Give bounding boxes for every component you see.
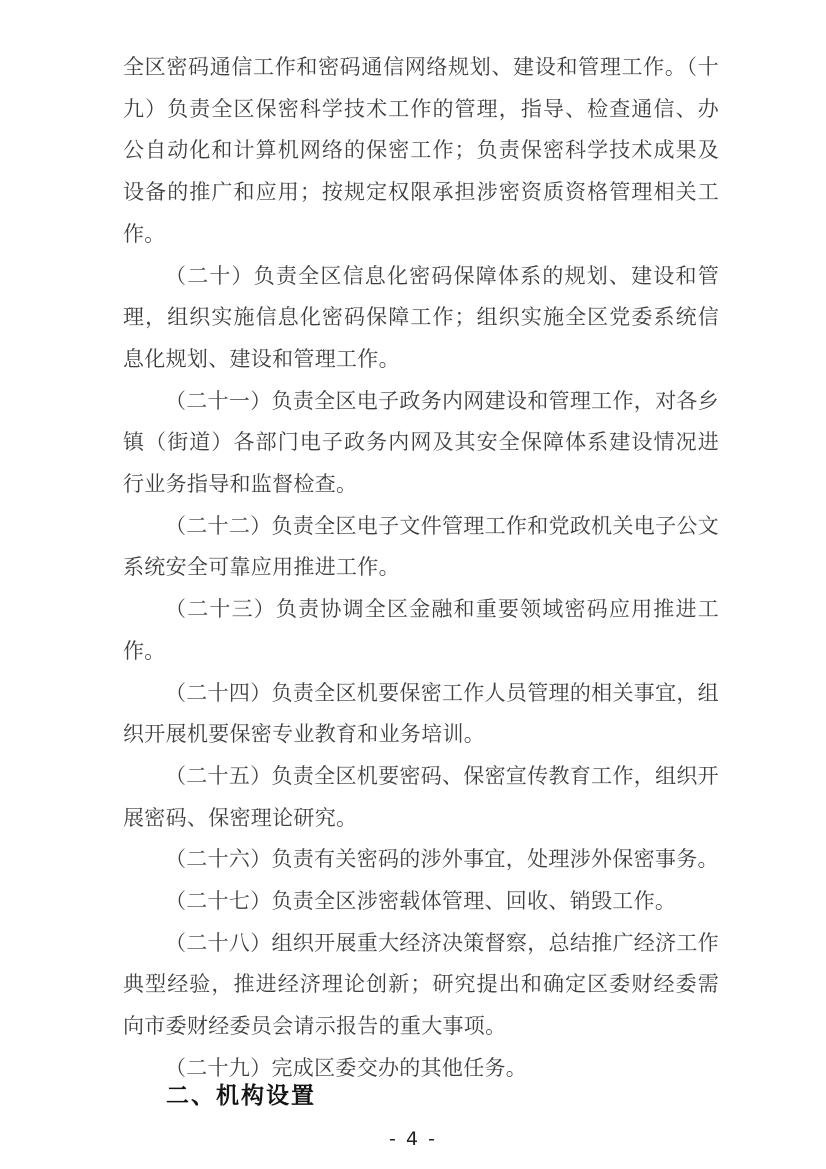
document-page: 全区密码通信工作和密码通信网络规划、建设和管理工作。（十九）负责全区保密科学技术… [0,0,826,1169]
body-paragraph: （二十一）负责全区电子政务内网建设和管理工作，对各乡镇（街道）各部门电子政务内网… [123,381,719,506]
body-paragraph: （二十六）负责有关密码的涉外事宜，处理涉外保密事务。 [123,839,719,881]
body-paragraph: （二十）负责全区信息化密码保障体系的规划、建设和管理，组织实施信息化密码保障工作… [123,256,719,381]
body-paragraph: （二十四）负责全区机要保密工作人员管理的相关事宜，组织开展机要保密专业教育和业务… [123,673,719,756]
section-heading: 二、机构设置 [166,1077,316,1110]
body-paragraph: （二十二）负责全区电子文件管理工作和党政机关电子公文系统安全可靠应用推进工作。 [123,506,719,589]
body-paragraph: （二十五）负责全区机要密码、保密宣传教育工作，组织开展密码、保密理论研究。 [123,756,719,839]
body-paragraph: （二十七）负责全区涉密载体管理、回收、销毁工作。 [123,881,719,923]
document-body: 全区密码通信工作和密码通信网络规划、建设和管理工作。（十九）负责全区保密科学技术… [123,47,719,1090]
body-paragraph: 全区密码通信工作和密码通信网络规划、建设和管理工作。（十九）负责全区保密科学技术… [123,47,719,256]
body-paragraph: （二十三）负责协调全区金融和重要领域密码应用推进工作。 [123,589,719,672]
body-paragraph: （二十八）组织开展重大经济决策督察，总结推广经济工作典型经验，推进经济理论创新；… [123,923,719,1048]
page-number: - 4 - [0,1128,826,1150]
